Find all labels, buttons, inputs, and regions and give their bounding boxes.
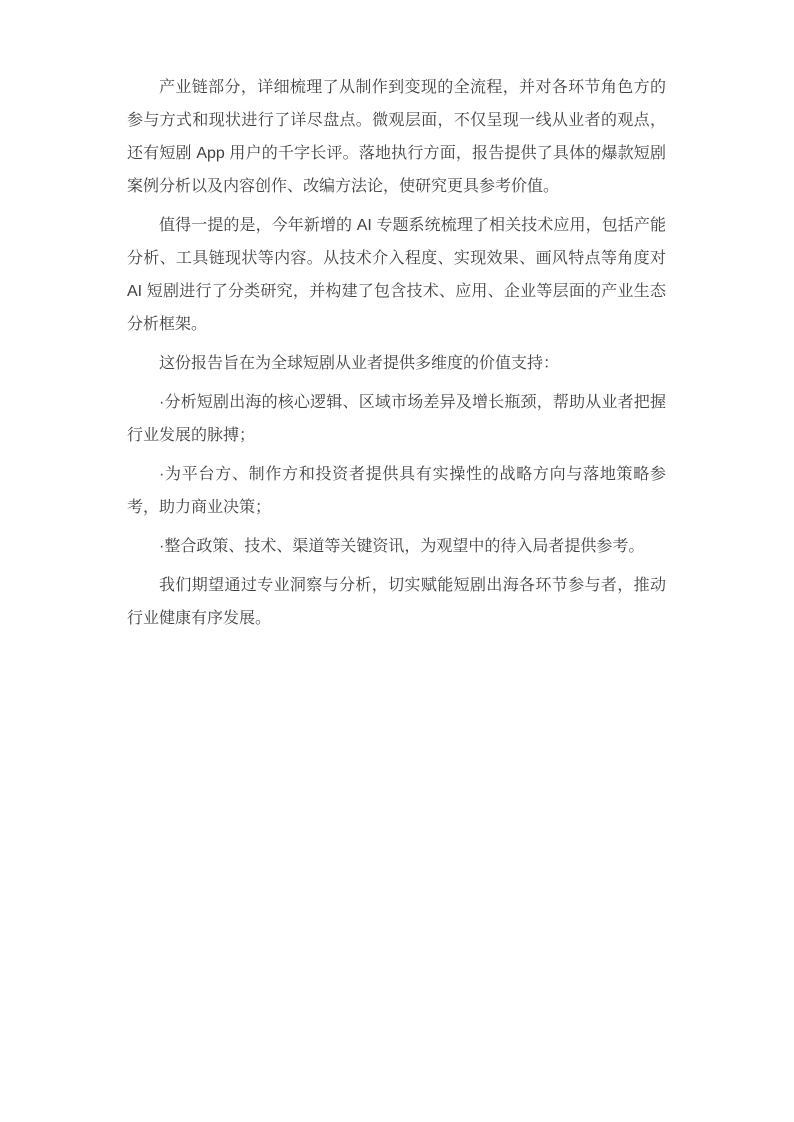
paragraph-closing: 我们期望通过专业洞察与分析，切实赋能短剧出海各环节参与者，推动行业健康有序发展。 bbox=[127, 569, 666, 635]
document-body-text: 产业链部分，详细梳理了从制作到变现的全流程，并对各环节角色方的参与方式和现状进行… bbox=[127, 71, 666, 641]
paragraph-bullet-strategy-reference: ·为平台方、制作方和投资者提供具有实操性的战略方向与落地策略参考，助力商业决策； bbox=[127, 458, 666, 524]
document-page: 产业链部分，详细梳理了从制作到变现的全流程，并对各环节角色方的参与方式和现状进行… bbox=[0, 0, 794, 1122]
paragraph-bullet-key-info: ·整合政策、技术、渠道等关键资讯，为观望中的待入局者提供参考。 bbox=[127, 530, 666, 563]
paragraph-industry-chain: 产业链部分，详细梳理了从制作到变现的全流程，并对各环节角色方的参与方式和现状进行… bbox=[127, 71, 666, 203]
paragraph-report-value-intro: 这份报告旨在为全球短剧从业者提供多维度的价值支持： bbox=[127, 347, 666, 380]
paragraph-ai-topic: 值得一提的是，今年新增的 AI 专题系统梳理了相关技术应用，包括产能分析、工具链… bbox=[127, 209, 666, 341]
paragraph-bullet-market-analysis: ·分析短剧出海的核心逻辑、区域市场差异及增长瓶颈，帮助从业者把握行业发展的脉搏； bbox=[127, 386, 666, 452]
